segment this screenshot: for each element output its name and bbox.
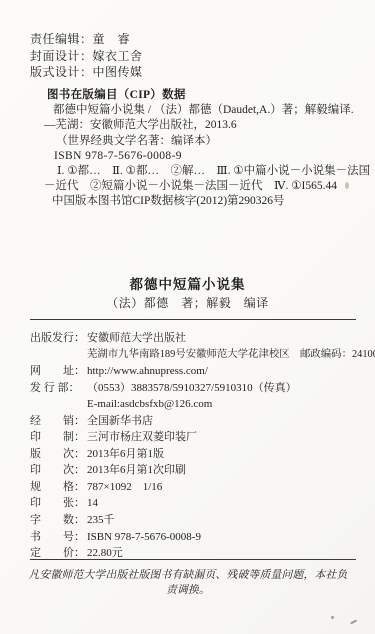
divider-bottom: [30, 559, 356, 560]
publication-row: 规 格：787×1092 1/16: [30, 479, 375, 496]
publication-value: （0553）3883578/5910327/5910310（传真）: [87, 382, 297, 394]
publication-row: E-mail:asdcbsfxb@126.com: [30, 396, 375, 413]
publication-value: 芜湖市九华南路189号安徽师范大学花津校区 邮政编码：241002: [87, 349, 375, 360]
scan-artifact: [331, 616, 334, 619]
publication-row: 书 号：ISBN 978-7-5676-0008-9: [30, 529, 375, 546]
staff-credit-label: 封面设计：: [30, 49, 93, 63]
publication-row: 芜湖市九华南路189号安徽师范大学花津校区 邮政编码：241002: [30, 347, 375, 364]
publication-value: 2013年6月第1版: [87, 448, 164, 460]
cip-line: －近代 ②短篇小说－小说集－法国－近代 Ⅳ. ①I565.44: [30, 179, 370, 194]
staff-credit-value: 中图传媒: [93, 65, 143, 79]
publication-label: 版 次：: [30, 446, 87, 463]
publication-value: 安徽师范大学出版社: [87, 332, 186, 344]
staff-credit-label: 责任编辑：: [30, 32, 93, 46]
publication-value: 2013年6月第1次印刷: [87, 464, 186, 476]
book-byline: （法）都德 著；解毅 编译: [0, 294, 375, 313]
publication-label: 发 行 部：: [30, 380, 87, 397]
publication-row: 出版发行：安徽师范大学出版社: [30, 330, 375, 347]
publication-row: 印 次：2013年6月第1次印刷: [30, 462, 375, 479]
publication-row: 印 张：14: [30, 495, 375, 512]
cip-line: （世界经典文学名著：编译本）: [30, 134, 370, 149]
cip-line: ISBN 978-7-5676-0008-9: [30, 149, 370, 164]
publication-value: 三河市杨庄双菱印装厂: [87, 431, 197, 443]
publication-value: http://www.ahnupress.com/: [87, 365, 208, 377]
publication-value: 787×1092 1/16: [87, 481, 162, 493]
publication-label: 字 数：: [30, 512, 87, 529]
staff-credit-label: 版式设计：: [30, 65, 93, 79]
publication-value: 14: [87, 497, 98, 509]
publication-row: 发 行 部：（0553）3883578/5910327/5910310（传真）: [30, 380, 375, 397]
cip-block: 图书在版编目（CIP）数据 都德中短篇小说集 / （法）都德（Daudet,A.…: [30, 88, 370, 210]
scan-artifact: [345, 182, 349, 189]
book-colophon-page: 责任编辑：童 睿 封面设计：嫁衣工舍 版式设计：中图传媒 图书在版编目（CIP）…: [0, 0, 375, 634]
cip-line: Ⅰ. ①都… Ⅱ. ①都… ②解… Ⅲ. ①中篇小说－小说集－法国: [30, 164, 370, 179]
publication-label: 网 址：: [30, 363, 87, 380]
publication-label: 印 次：: [30, 462, 87, 479]
publication-label: 出版发行：: [30, 330, 87, 347]
staff-credits: 责任编辑：童 睿 封面设计：嫁衣工舍 版式设计：中图传媒: [30, 31, 143, 81]
publication-label: 印 张：: [30, 495, 87, 512]
cip-line: 中国版本图书馆CIP数据核字(2012)第290326号: [30, 194, 370, 209]
publication-value: 235千: [87, 514, 115, 526]
publication-label: 经 销：: [30, 413, 87, 430]
publication-info: 出版发行：安徽师范大学出版社 芜湖市九华南路189号安徽师范大学花津校区 邮政编…: [30, 330, 375, 562]
quality-note: 凡安徽师范大学出版社版图书有缺漏页、残破等质量问题，本社负责调换。: [28, 568, 348, 598]
publication-row: 网 址：http://www.ahnupress.com/: [30, 363, 375, 380]
publication-label: 规 格：: [30, 479, 87, 496]
cip-line: 都德中短篇小说集 / （法）都德（Daudet,A.）著；解毅编译.: [30, 103, 370, 118]
publication-label: 书 号：: [30, 529, 87, 546]
scan-artifact: [350, 619, 357, 624]
publication-label: 印 制：: [30, 429, 87, 446]
divider-top: [30, 319, 356, 320]
staff-credit-row: 版式设计：中图传媒: [30, 64, 143, 81]
publication-row: 字 数：235千: [30, 512, 375, 529]
title-block: 都德中短篇小说集 （法）都德 著；解毅 编译: [0, 276, 375, 313]
cip-line: —芜湖：安徽师范大学出版社，2013.6: [30, 118, 370, 133]
book-title: 都德中短篇小说集: [0, 276, 375, 294]
staff-credit-value: 童 睿: [93, 32, 131, 46]
publication-value: 全国新华书店: [87, 415, 153, 427]
staff-credit-value: 嫁衣工舍: [93, 49, 143, 63]
publication-value: E-mail:asdcbsfxb@126.com: [87, 398, 212, 410]
publication-value: 22.80元: [87, 547, 123, 559]
publication-row: 版 次：2013年6月第1版: [30, 446, 375, 463]
staff-credit-row: 责任编辑：童 睿: [30, 31, 143, 48]
staff-credit-row: 封面设计：嫁衣工舍: [30, 48, 143, 65]
publication-value: ISBN 978-7-5676-0008-9: [87, 531, 201, 543]
cip-heading: 图书在版编目（CIP）数据: [30, 88, 370, 103]
publication-row: 经 销：全国新华书店: [30, 413, 375, 430]
publication-row: 印 制：三河市杨庄双菱印装厂: [30, 429, 375, 446]
